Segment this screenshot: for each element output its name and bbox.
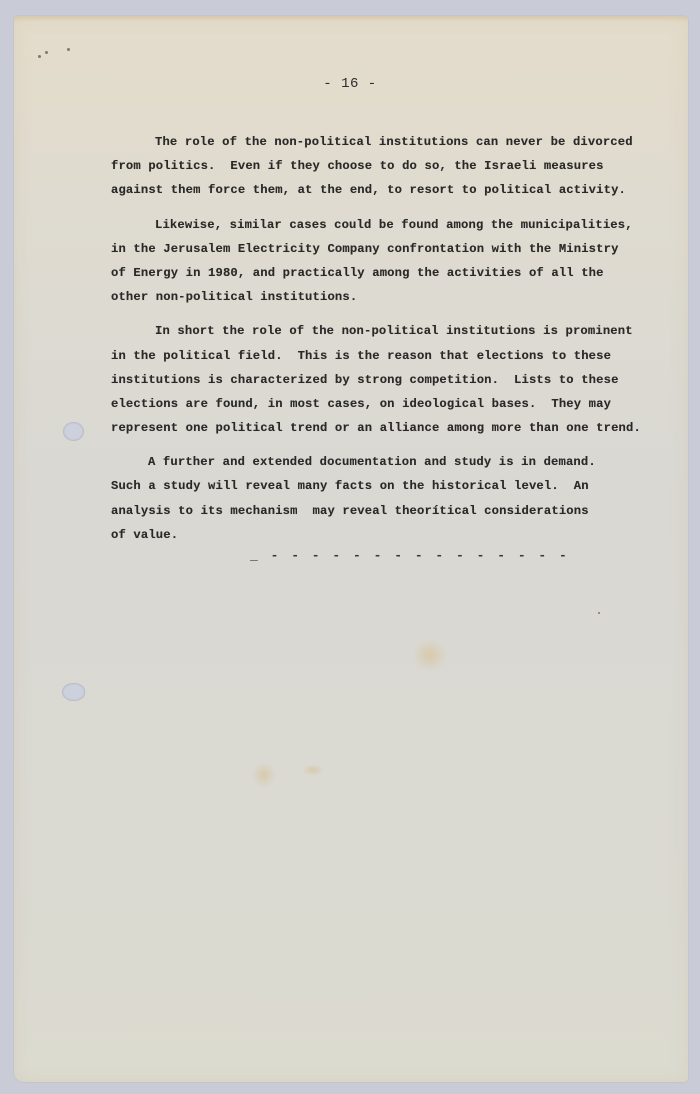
paragraph-3: In short the role of the non-political i… xyxy=(111,319,631,440)
document-body: The role of the non-political institutio… xyxy=(111,130,631,557)
text-line: Likewise, similar cases could be found a… xyxy=(111,213,631,237)
text-line: of value. xyxy=(111,523,631,547)
paper-stain xyxy=(412,638,448,672)
text-line: other non-political institutions. xyxy=(111,285,631,309)
text-line: in the Jerusalem Electricity Company con… xyxy=(111,237,631,261)
end-separator: _ - - - - - - - - - - - - - - - xyxy=(250,548,569,563)
paper-stain xyxy=(302,764,324,776)
text-line: Such a study will reveal many facts on t… xyxy=(111,474,631,498)
page-number: - 16 - xyxy=(0,76,700,92)
punch-hole xyxy=(62,683,85,701)
text-line: The role of the non-political institutio… xyxy=(111,130,631,154)
paper-speck xyxy=(67,48,70,51)
text-line: represent one political trend or an alli… xyxy=(111,416,631,440)
paper-stain xyxy=(252,762,276,788)
text-line: institutions is characterized by strong … xyxy=(111,368,631,392)
text-line: analysis to its mechanism may reveal the… xyxy=(111,499,631,523)
text-line: in the political field. This is the reas… xyxy=(111,344,631,368)
punch-hole xyxy=(63,422,84,441)
text-line: A further and extended documentation and… xyxy=(111,450,631,474)
paragraph-1: The role of the non-political institutio… xyxy=(111,130,631,203)
paper-speck xyxy=(45,51,48,54)
text-line: of Energy in 1980, and practically among… xyxy=(111,261,631,285)
text-line: from politics. Even if they choose to do… xyxy=(111,154,631,178)
paper-speck xyxy=(598,612,600,614)
text-line: against them force them, at the end, to … xyxy=(111,178,631,202)
text-line: elections are found, in most cases, on i… xyxy=(111,392,631,416)
paragraph-2: Likewise, similar cases could be found a… xyxy=(111,213,631,310)
text-line: In short the role of the non-political i… xyxy=(111,319,631,343)
paper-speck xyxy=(38,55,41,58)
paragraph-4: A further and extended documentation and… xyxy=(111,450,631,547)
